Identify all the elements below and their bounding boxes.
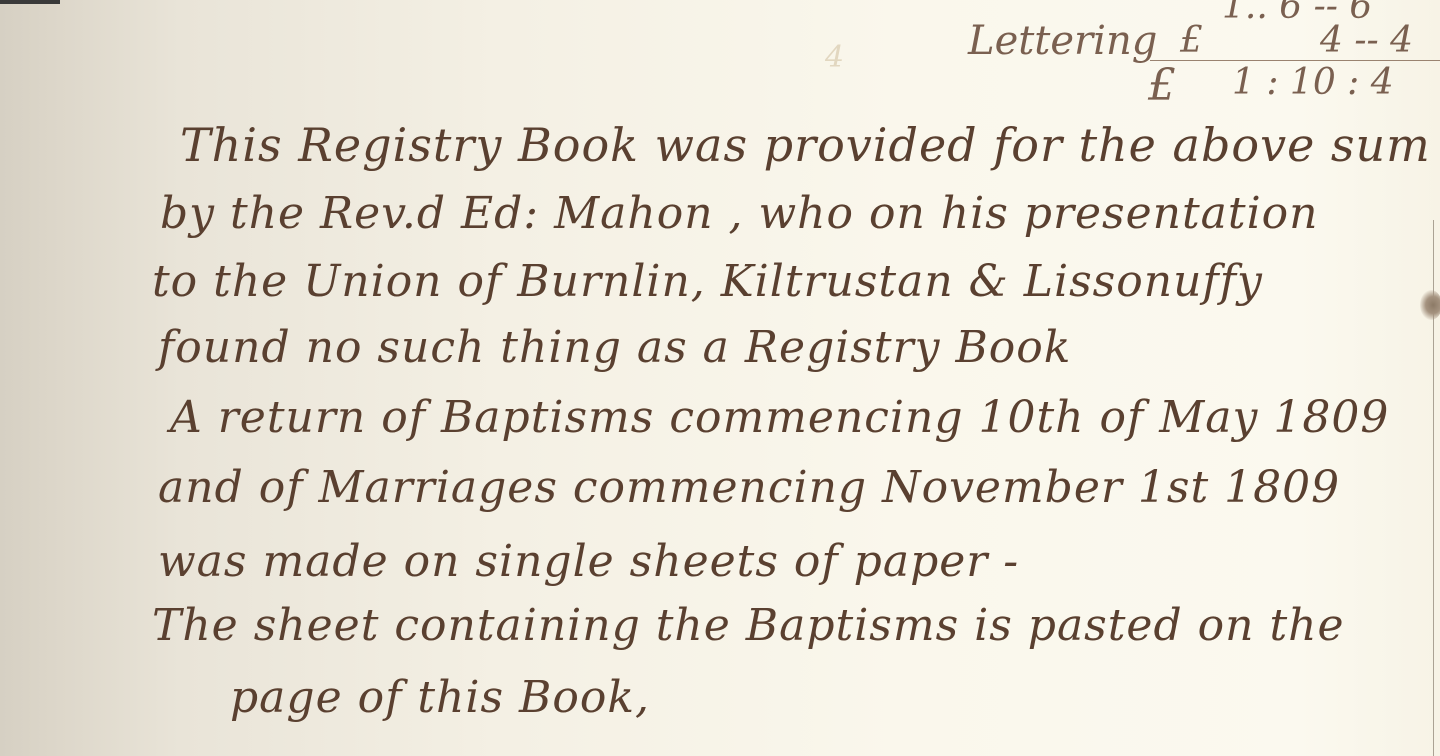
account-lettering-value: 4 -- 4 xyxy=(1320,20,1413,61)
account-lettering-currency: £ xyxy=(1180,20,1203,61)
account-sum-rule xyxy=(1150,60,1440,61)
account-total-currency: £ xyxy=(1148,60,1176,111)
text-line-9: page of this Book, xyxy=(230,672,650,723)
margin-page-mark: 4 xyxy=(825,40,844,75)
ink-blot xyxy=(1420,290,1440,320)
text-line-4: found no such thing as a Registry Book xyxy=(158,322,1071,373)
text-line-5: A return of Baptisms commencing 10th of … xyxy=(170,392,1389,443)
scan-border xyxy=(0,0,60,4)
text-line-3: to the Union of Burnlin, Kiltrustan & Li… xyxy=(152,256,1263,307)
text-line-6: and of Marriages commencing November 1st… xyxy=(158,462,1340,513)
text-line-7: was made on single sheets of paper - xyxy=(158,536,1019,587)
text-line-8: The sheet containing the Baptisms is pas… xyxy=(152,600,1345,651)
text-line-1: This Registry Book was provided for the … xyxy=(180,118,1431,172)
text-line-2: by the Rev.d Ed: Mahon , who on his pres… xyxy=(160,188,1318,239)
account-total-value: 1 : 10 : 4 xyxy=(1232,62,1394,103)
account-lettering-label: Lettering xyxy=(968,18,1157,64)
